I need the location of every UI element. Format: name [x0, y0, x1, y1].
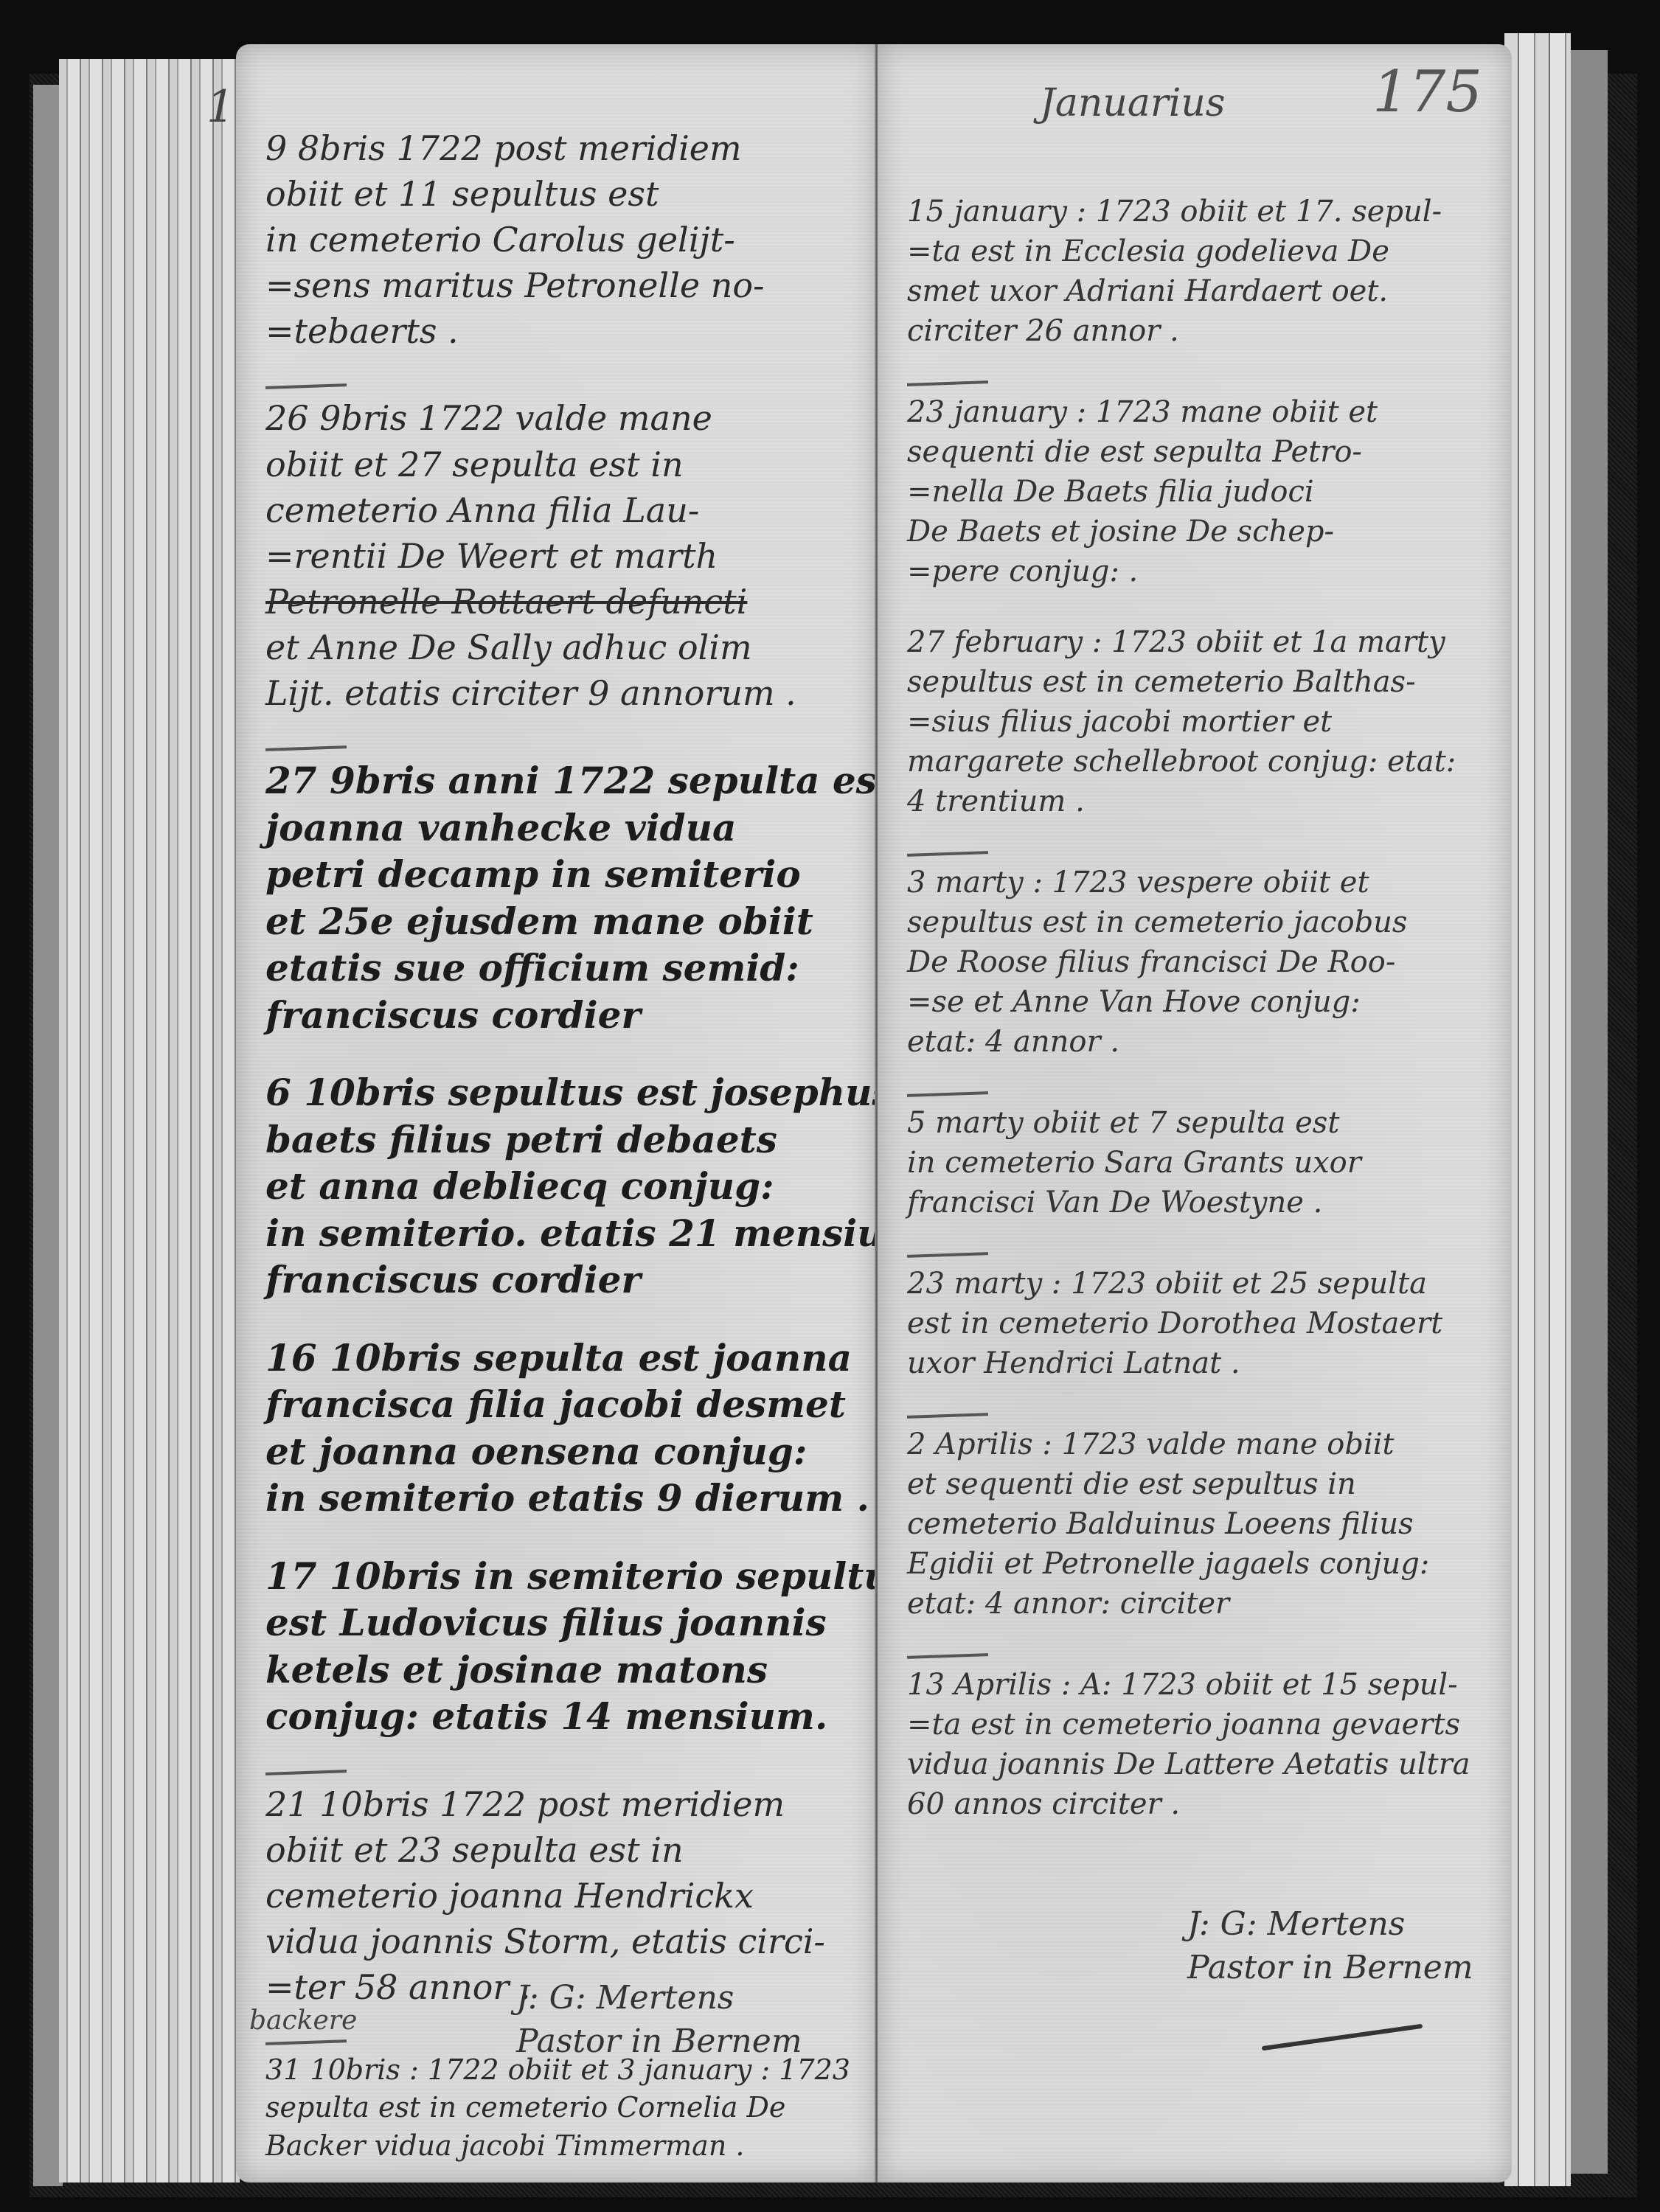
left-entries: 9 8bris 1722 post meridiem obiit et 11 s… — [265, 125, 855, 2196]
entry-line: francisca filia jacobi desmet — [265, 1381, 855, 1428]
register-entry: 13 Aprilis : A: 1723 obiit et 15 sepul- … — [907, 1655, 1490, 1824]
signature-title: Pastor in Bernem — [516, 2020, 802, 2063]
entry-line: ketels et josinae matons — [265, 1646, 855, 1694]
signature-title: Pastor in Bernem — [1187, 1946, 1473, 1989]
entry-line: cemeterio joanna Hendrickx — [265, 1873, 855, 1919]
register-entry: 27 9bris anni 1722 sepulta est joanna va… — [265, 747, 855, 1038]
entry-line: smet uxor Adriani Hardaert oet. — [907, 271, 1490, 311]
right-entries: 15 january : 1723 obiit et 17. sepul- =t… — [907, 192, 1490, 1855]
entry-line: 13 Aprilis : A: 1723 obiit et 15 sepul- — [907, 1665, 1490, 1705]
register-entry: 15 january : 1723 obiit et 17. sepul- =t… — [907, 192, 1490, 351]
entry-line: francisci Van De Woestyne . — [907, 1183, 1490, 1222]
register-entry: 2 Aprilis : 1723 valde mane obiit et seq… — [907, 1414, 1490, 1624]
officiant-signature: franciscus cordier — [265, 992, 855, 1039]
entry-line: 6 10bris sepultus est josephus — [265, 1069, 855, 1116]
entry-line: obiit et 23 sepulta est in — [265, 1827, 855, 1873]
entry-line: =ta est in Ecclesia godelieva De — [907, 232, 1490, 271]
entry-divider — [265, 1770, 347, 1775]
entry-line: 60 annos circiter . — [907, 1784, 1490, 1824]
page-stack-left — [59, 59, 240, 2183]
entry-line: 16 10bris sepulta est joanna — [265, 1335, 855, 1382]
entry-line: De Roose filius francisci De Roo- — [907, 942, 1490, 982]
entry-line: cemeterio Anna filia Lau- — [265, 487, 855, 533]
left-page: 9 8bris 1722 post meridiem obiit et 11 s… — [236, 44, 878, 2183]
pastor-signature-left: J: G: Mertens Pastor in Bernem — [516, 1976, 802, 2064]
entry-line: vidua joannis Storm, etatis circi- — [265, 1919, 855, 1964]
entry-line: in semiterio. etatis 21 mensium — [265, 1210, 855, 1257]
entry-line: etat: 4 annor . — [907, 1022, 1490, 1062]
entry-line: conjug: etatis 14 mensium. — [265, 1693, 855, 1740]
margin-note: backere — [249, 2006, 357, 2036]
entry-line: baets filius petri debaets — [265, 1116, 855, 1164]
entry-line: est Ludovicus filius joannis — [265, 1599, 855, 1646]
register-entry: 21 10bris 1722 post meridiem obiit et 23… — [265, 1771, 855, 2010]
page-stack-right — [1504, 33, 1571, 2186]
entry-line: 4 trentium . — [907, 782, 1490, 821]
entry-divider — [907, 1653, 988, 1659]
entry-line: et 25e ejusdem mane obiit — [265, 898, 855, 945]
register-entry: 27 february : 1723 obiit et 1a marty sep… — [907, 622, 1490, 821]
entry-line: obiit et 27 sepulta est in — [265, 442, 855, 487]
entry-line: sepulta est in cemeterio Cornelia De — [265, 2089, 855, 2126]
entry-divider — [265, 384, 347, 390]
entry-line: =nella De Baets filia judoci — [907, 472, 1490, 512]
entry-line: et anna debliecq conjug: — [265, 1163, 855, 1210]
register-entry: 23 marty : 1723 obiit et 25 sepulta est … — [907, 1253, 1490, 1383]
entry-line: 27 9bris anni 1722 sepulta est — [265, 757, 855, 804]
entry-line: etat: 4 annor: circiter — [907, 1584, 1490, 1624]
entry-line: 26 9bris 1722 valde mane — [265, 395, 855, 441]
entry-divider — [907, 851, 988, 857]
entry-line: Backer vidua jacobi Timmerman . — [265, 2127, 855, 2165]
entry-divider — [907, 380, 988, 386]
signature-name: J: G: Mertens — [1187, 1902, 1473, 1946]
register-entry: 9 8bris 1722 post meridiem obiit et 11 s… — [265, 125, 855, 354]
register-entry: 16 10bris sepulta est joanna francisca f… — [265, 1335, 855, 1522]
entry-line: 21 10bris 1722 post meridiem — [265, 1781, 855, 1827]
entry-line: et joanna oensena conjug: — [265, 1428, 855, 1475]
entry-line: margarete schellebroot conjug: etat: — [907, 742, 1490, 782]
entry-line: cemeterio Balduinus Loeens filius — [907, 1504, 1490, 1544]
entry-line: obiit et 11 sepultus est — [265, 171, 855, 217]
entry-line: sequenti die est sepulta Petro- — [907, 432, 1490, 472]
register-entry: 6 10bris sepultus est josephus baets fil… — [265, 1069, 855, 1304]
entry-line: 9 8bris 1722 post meridiem — [265, 125, 855, 171]
register-entry: 23 january : 1723 mane obiit et sequenti… — [907, 382, 1490, 591]
entry-line: 17 10bris in semiterio sepultus — [265, 1553, 855, 1600]
entry-line: 3 marty : 1723 vespere obiit et — [907, 863, 1490, 902]
entry-line: sepultus est in cemeterio Balthas- — [907, 662, 1490, 702]
right-page: Januarius 175 15 january : 1723 obiit et… — [878, 44, 1512, 2183]
entry-divider — [265, 2039, 347, 2045]
entry-line: sepultus est in cemeterio jacobus — [907, 902, 1490, 942]
entry-line-struck: Petronelle Rottaert defuncti — [265, 579, 855, 625]
register-entry: 26 9bris 1722 valde mane obiit et 27 sep… — [265, 385, 855, 716]
entry-line: =ta est in cemeterio joanna gevaerts — [907, 1705, 1490, 1745]
entry-divider — [907, 1413, 988, 1419]
entry-line: et sequenti die est sepultus in — [907, 1464, 1490, 1504]
folio-number: 175 — [1372, 59, 1482, 125]
entry-line: =se et Anne Van Hove conjug: — [907, 982, 1490, 1022]
entry-line: in semiterio etatis 9 dierum . — [265, 1475, 855, 1522]
entry-line: Egidii et Petronelle jagaels conjug: — [907, 1544, 1490, 1584]
entry-line: in cemeterio Carolus gelijt- — [265, 217, 855, 262]
entry-line: 5 marty obiit et 7 sepulta est — [907, 1103, 1490, 1143]
entry-line: 15 january : 1723 obiit et 17. sepul- — [907, 192, 1490, 232]
entry-line: et Anne De Sally adhuc olim — [265, 625, 855, 670]
entry-divider — [907, 1091, 988, 1097]
entry-line: etatis sue officium semid: — [265, 945, 855, 992]
entry-divider — [907, 1252, 988, 1258]
entry-line: De Baets et josine De schep- — [907, 512, 1490, 552]
signature-flourish — [1262, 2024, 1423, 2051]
entry-line: =tebaerts . — [265, 308, 855, 354]
entry-line: =sius filius jacobi mortier et — [907, 702, 1490, 742]
endpaper-left — [33, 85, 63, 2186]
entry-line: est in cemeterio Dorothea Mostaert — [907, 1304, 1490, 1343]
entry-line: vidua joannis De Lattere Aetatis ultra — [907, 1745, 1490, 1784]
entry-line: =pere conjug: . — [907, 552, 1490, 591]
entry-line: 27 february : 1723 obiit et 1a marty — [907, 622, 1490, 662]
entry-divider — [265, 745, 347, 751]
signature-name: J: G: Mertens — [516, 1976, 802, 2020]
entry-line: petri decamp in semiterio — [265, 851, 855, 898]
entry-line: 2 Aprilis : 1723 valde mane obiit — [907, 1425, 1490, 1464]
entry-line: uxor Hendrici Latnat . — [907, 1343, 1490, 1383]
entry-line: 23 january : 1723 mane obiit et — [907, 392, 1490, 432]
register-entry: 17 10bris in semiterio sepultus est Ludo… — [265, 1553, 855, 1740]
register-entry: 5 marty obiit et 7 sepulta est in cemete… — [907, 1093, 1490, 1222]
endpaper-right — [1569, 50, 1608, 2174]
entry-line: =sens maritus Petronelle no- — [265, 262, 855, 308]
entry-line: in cemeterio Sara Grants uxor — [907, 1143, 1490, 1183]
entry-line: circiter 26 annor . — [907, 311, 1490, 351]
month-heading: Januarius — [1040, 81, 1226, 125]
entry-line: joanna vanhecke vidua — [265, 804, 855, 852]
register-entry: 3 marty : 1723 vespere obiit et sepultus… — [907, 852, 1490, 1062]
entry-line: Lijt. etatis circiter 9 annorum . — [265, 670, 855, 716]
entry-line: 23 marty : 1723 obiit et 25 sepulta — [907, 1264, 1490, 1304]
leaf-mark: 1 — [206, 81, 235, 133]
officiant-signature: franciscus cordier — [265, 1256, 855, 1304]
pastor-signature-right: J: G: Mertens Pastor in Bernem — [1187, 1902, 1473, 1990]
entry-line: =rentii De Weert et marth — [265, 533, 855, 579]
